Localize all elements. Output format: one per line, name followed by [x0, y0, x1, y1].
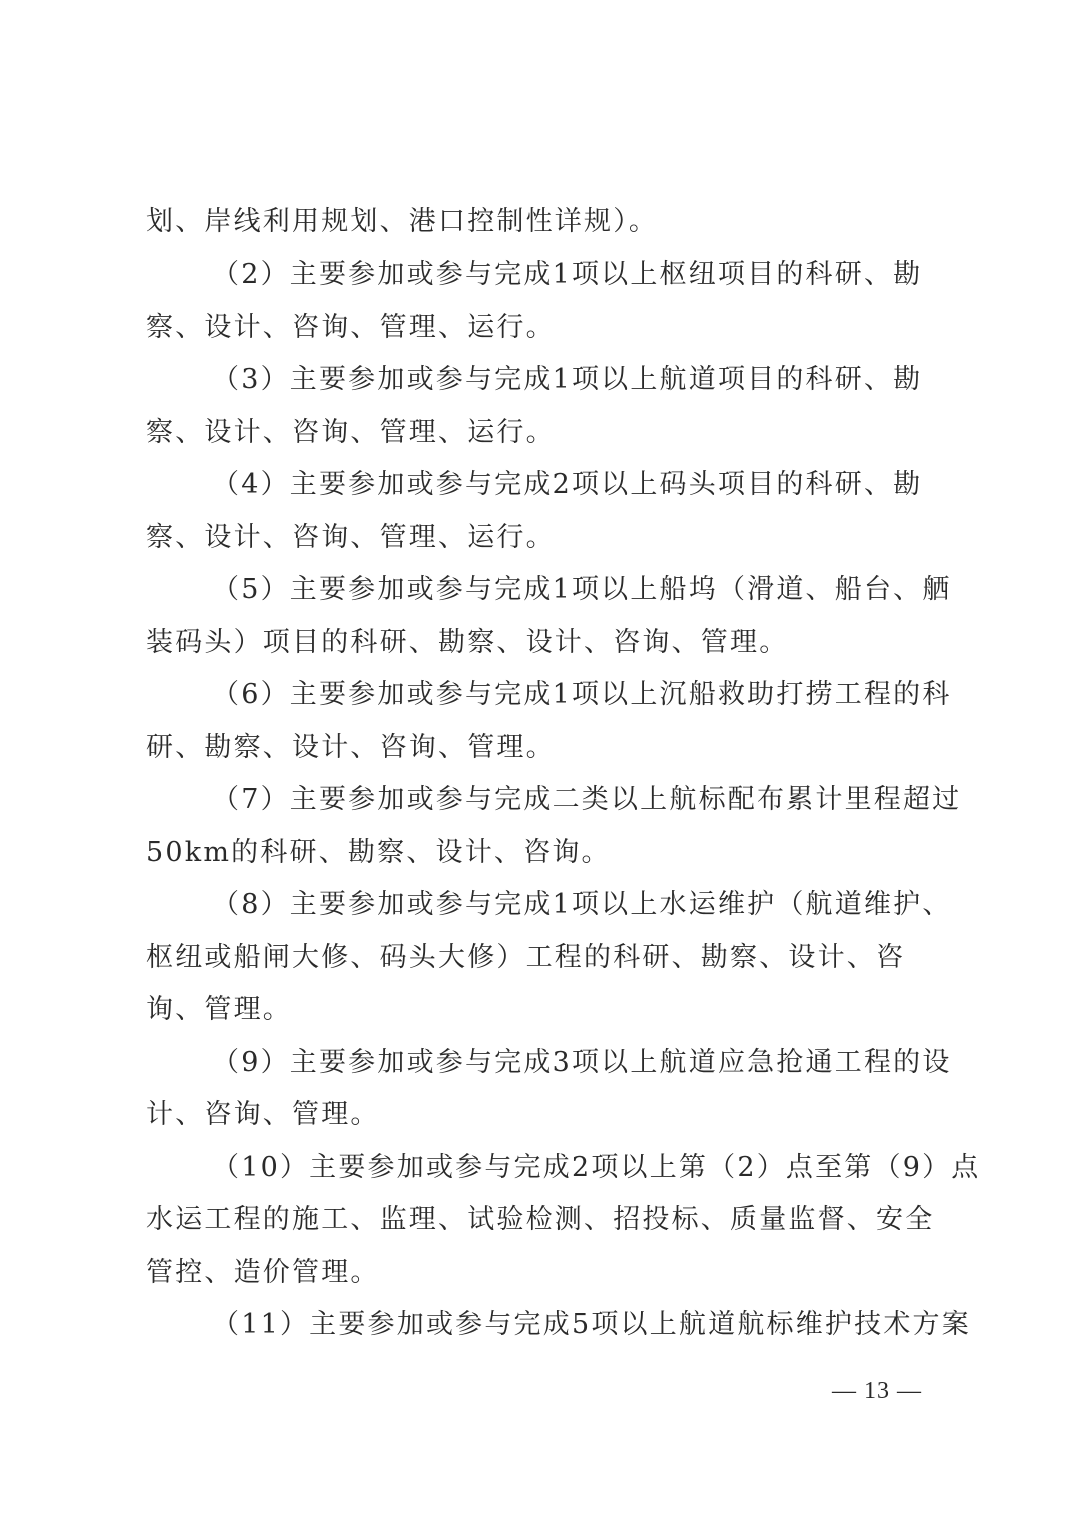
text-line-item-6-start: （6）主要参加或参与完成1项以上沉船救助打捞工程的科 [212, 677, 946, 713]
text-line-item-5-start: （5）主要参加或参与完成1项以上船坞（滑道、船台、舾 [212, 572, 946, 608]
text-line-item-10-start: （10）主要参加或参与完成2项以上第（2）点至第（9）点 [212, 1150, 946, 1186]
text-line-item-7-start: （7）主要参加或参与完成二类以上航标配布累计里程超过 [212, 782, 946, 818]
page-number: — 13 — [832, 1376, 922, 1406]
text-line: 划、岸线利用规划、港口控制性详规）。 [146, 204, 946, 240]
text-line: 计、咨询、管理。 [146, 1097, 946, 1133]
text-line: 管控、造价管理。 [146, 1255, 946, 1291]
text-line: 察、设计、咨询、管理、运行。 [146, 415, 946, 451]
text-line-item-9-start: （9）主要参加或参与完成3项以上航道应急抢通工程的设 [212, 1045, 946, 1081]
text-line-item-3-start: （3）主要参加或参与完成1项以上航道项目的科研、勘 [212, 362, 946, 398]
text-line: 察、设计、咨询、管理、运行。 [146, 310, 946, 346]
text-line: 研、勘察、设计、咨询、管理。 [146, 730, 946, 766]
text-line: 枢纽或船闸大修、码头大修）工程的科研、勘察、设计、咨 [146, 940, 946, 976]
text-line: 装码头）项目的科研、勘察、设计、咨询、管理。 [146, 625, 946, 661]
text-line-item-2-start: （2）主要参加或参与完成1项以上枢纽项目的科研、勘 [212, 257, 946, 293]
text-line: 水运工程的施工、监理、试验检测、招投标、质量监督、安全 [146, 1202, 946, 1238]
text-line-item-4-start: （4）主要参加或参与完成2项以上码头项目的科研、勘 [212, 467, 946, 503]
text-line-item-8-start: （8）主要参加或参与完成1项以上水运维护（航道维护、 [212, 887, 946, 923]
text-line: 询、管理。 [146, 992, 946, 1028]
text-line-item-11-start: （11）主要参加或参与完成5项以上航道航标维护技术方案 [212, 1307, 946, 1343]
text-line: 50km的科研、勘察、设计、咨询。 [146, 835, 946, 871]
text-line: 察、设计、咨询、管理、运行。 [146, 520, 946, 556]
